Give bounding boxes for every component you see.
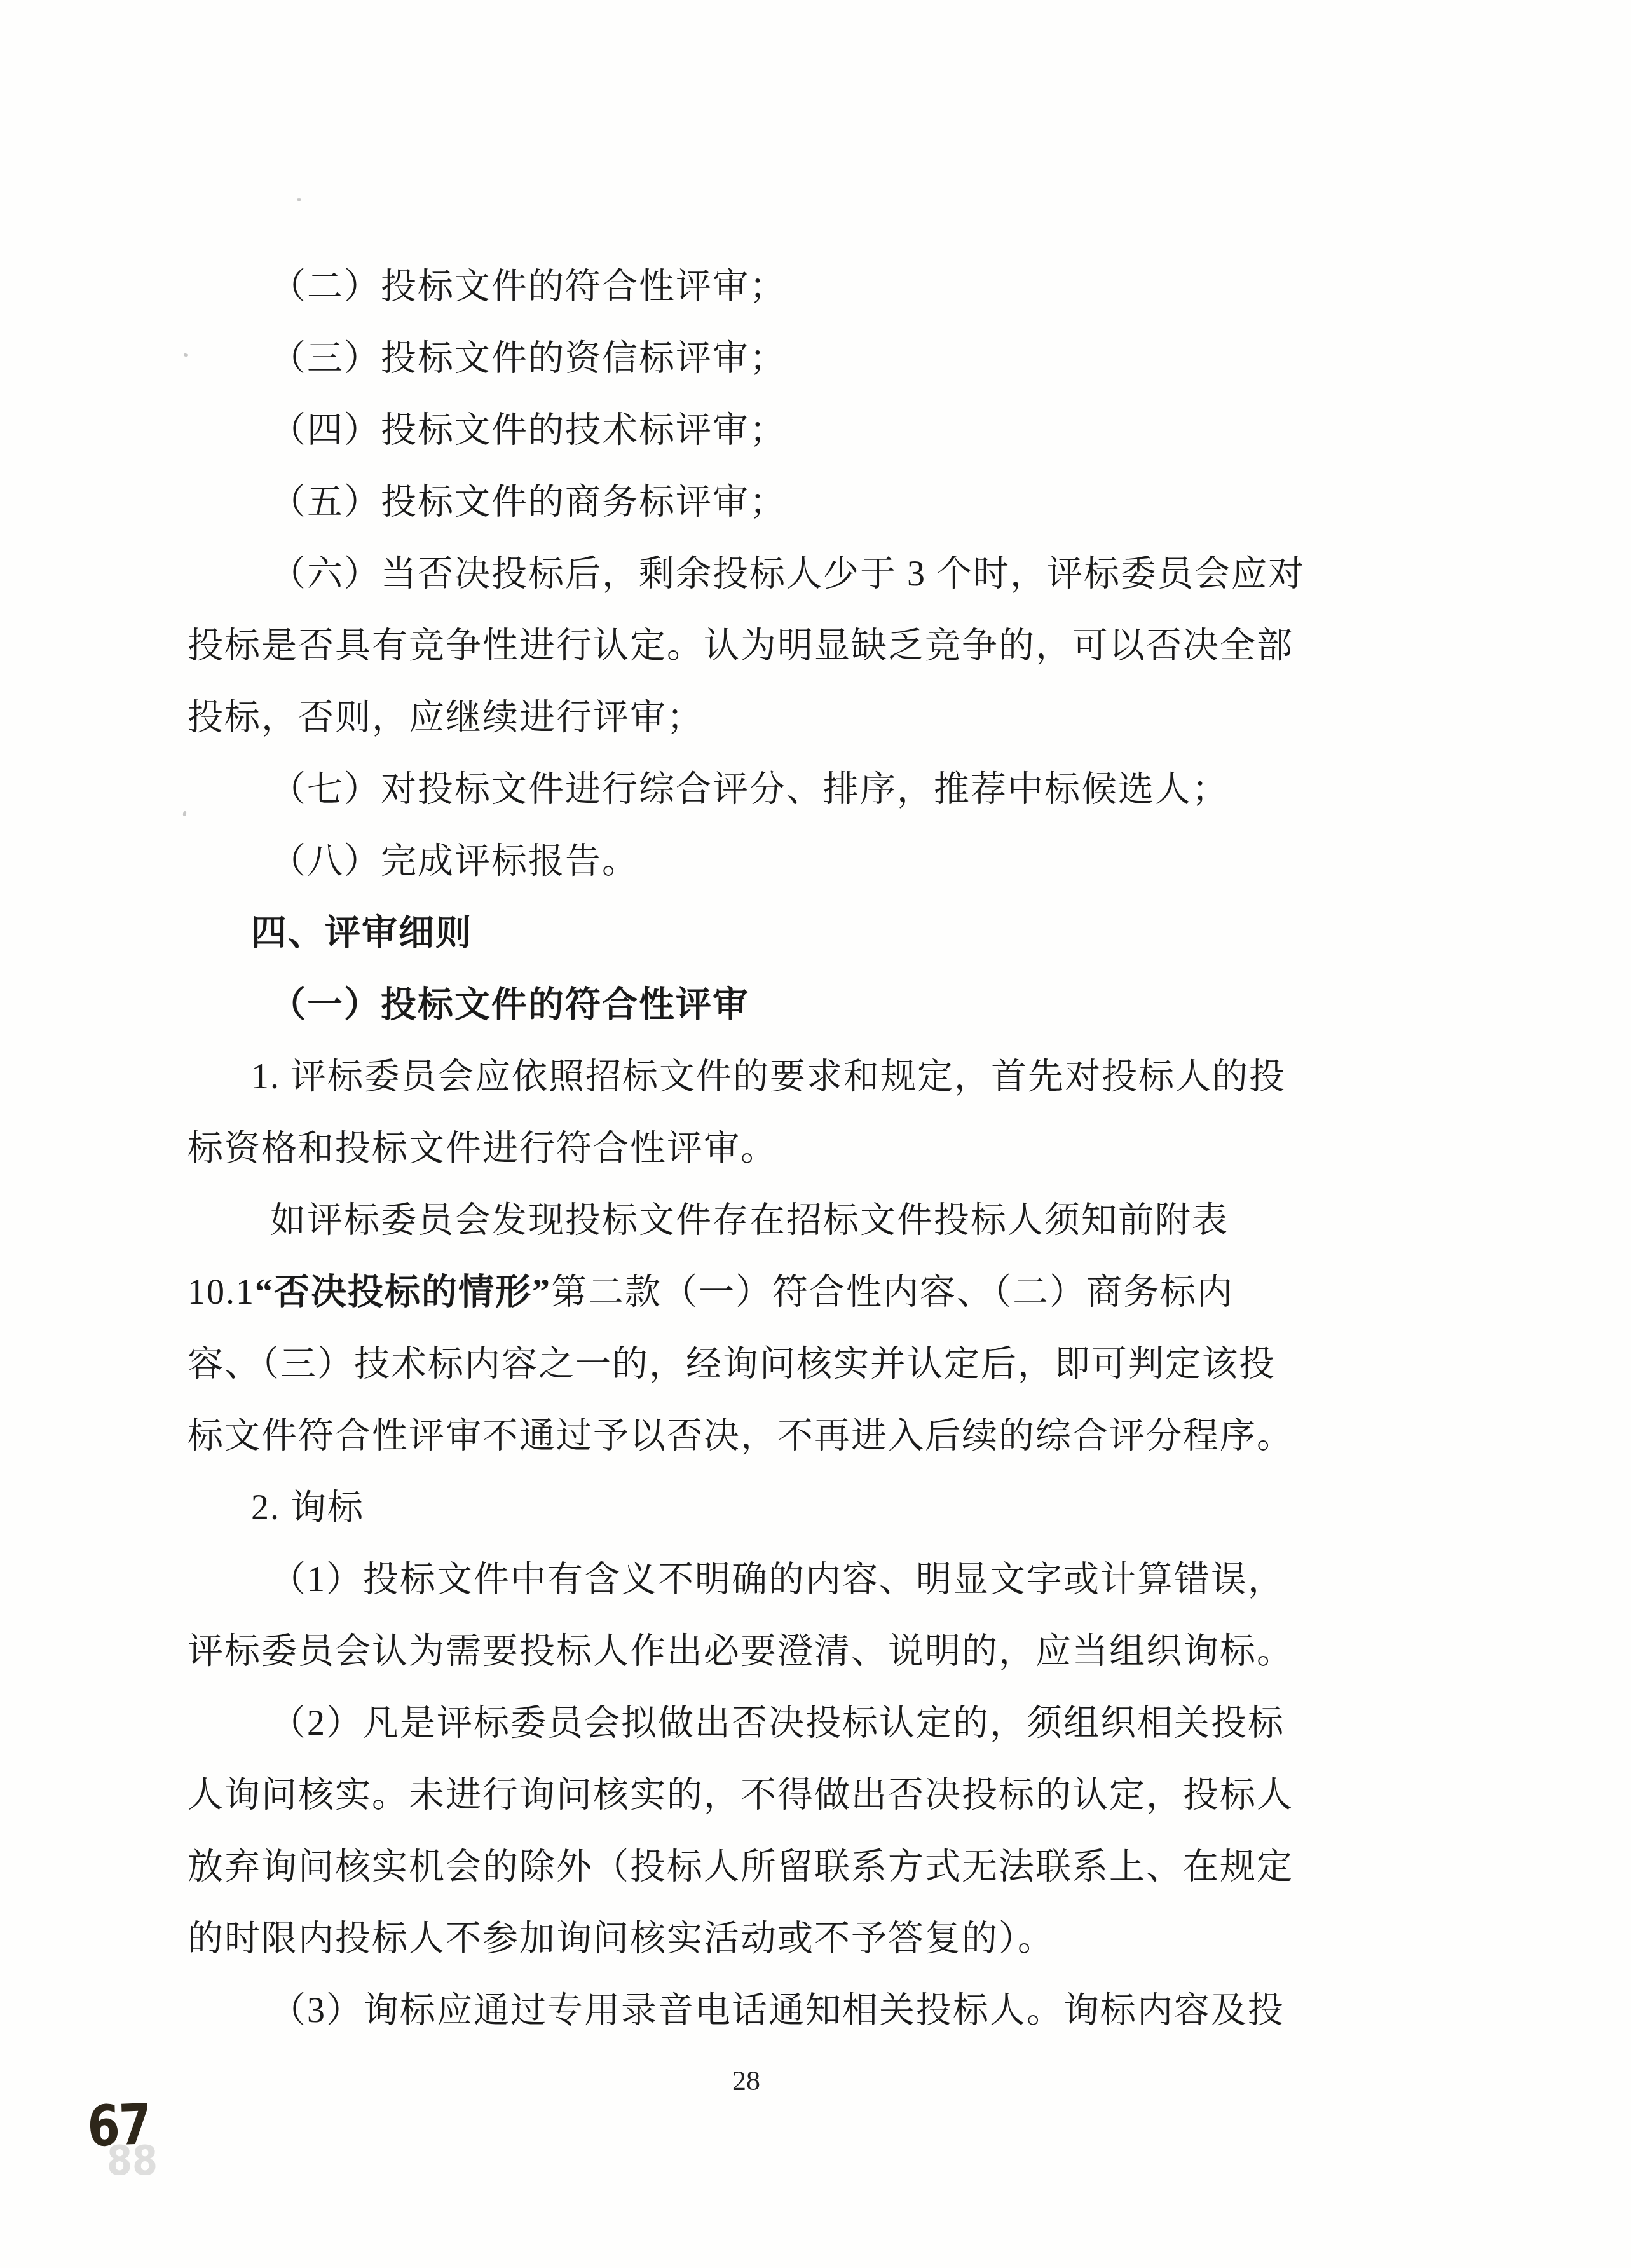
text-line: 1. 评标委员会应依照招标文件的要求和规定，首先对投标人的投 [188,1041,1338,1113]
clause-ref: 10.1 [188,1273,255,1312]
text-line: 标文件符合性评审不通过予以否决，不再进入后续的综合评分程序。 [188,1400,1338,1472]
text-line: （六）当否决投标后，剩余投标人少于 3 个时，评标委员会应对 [188,538,1338,610]
text-line: （二）投标文件的符合性评审； [188,251,1338,323]
text-line: 评标委员会认为需要投标人作出必要澄清、说明的，应当组织询标。 [188,1616,1338,1688]
text-line: （1）投标文件中有含义不明确的内容、明显文字或计算错误， [188,1544,1338,1616]
text-line: 如评标委员会发现投标文件存在招标文件投标人须知前附表 [188,1185,1338,1257]
text-line: 10.1“否决投标的情形”第二款（一）符合性内容、（二）商务标内 [188,1257,1338,1329]
text-line: （2）凡是评标委员会拟做出否决投标认定的，须组织相关投标 [188,1688,1338,1759]
text-line: （七）对投标文件进行综合评分、排序，推荐中标候选人； [188,754,1338,826]
text-line: 标资格和投标文件进行符合性评审。 [188,1113,1338,1185]
text-line: （四）投标文件的技术标评审； [188,395,1338,467]
text-line: 放弃询问核实机会的除外（投标人所留联系方式无法联系上、在规定 [188,1831,1338,1903]
clause-text: 第二款（一）符合性内容、（二）商务标内 [551,1273,1234,1312]
text-line: 容、（三）技术标内容之一的，经询问核实并认定后，即可判定该投 [188,1329,1338,1400]
subsection-heading: （一）投标文件的符合性评审 [188,969,1338,1041]
page-stamp-number: 67 [86,2096,151,2155]
page-number: 28 [732,2067,760,2095]
quoted-term: “否决投标的情形” [255,1273,551,1312]
text-line: （3）询标应通过专用录音电话通知相关投标人。询标内容及投 [188,1975,1338,2047]
text-line: 的时限内投标人不参加询问核实活动或不予答复的）。 [188,1903,1338,1975]
scanned-document-page: （二）投标文件的符合性评审； （三）投标文件的资信标评审； （四）投标文件的技术… [0,0,1631,2268]
scan-speck [297,198,301,201]
text-line: （八）完成评标报告。 [188,826,1338,898]
document-body: （二）投标文件的符合性评审； （三）投标文件的资信标评审； （四）投标文件的技术… [188,251,1338,2047]
scan-speck [182,811,187,817]
text-line: （三）投标文件的资信标评审； [188,323,1338,395]
text-line: 人询问核实。未进行询问核实的，不得做出否决投标的认定，投标人 [188,1759,1338,1831]
text-line: 2. 询标 [188,1472,1338,1544]
text-line: 投标，否则，应继续进行评审； [188,682,1338,754]
text-line: （五）投标文件的商务标评审； [188,467,1338,538]
section-heading: 四、评审细则 [188,898,1338,969]
text-line: 投标是否具有竞争性进行认定。认为明显缺乏竞争的，可以否决全部 [188,610,1338,682]
